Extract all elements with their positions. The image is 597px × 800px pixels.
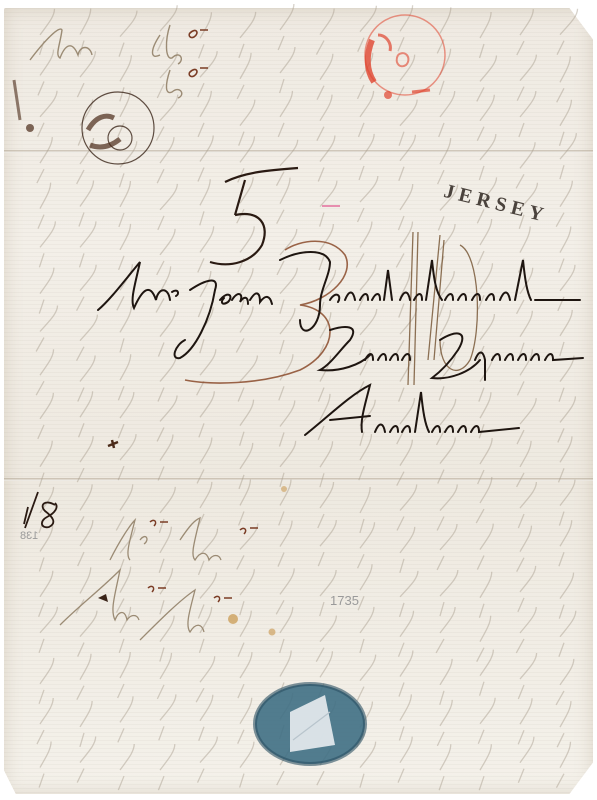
ink-blot: [98, 594, 108, 602]
rate-note-1-8: [24, 492, 57, 528]
red-datestamp: [365, 15, 445, 99]
show-through-writing: [36, 4, 577, 790]
docket-top-left: [30, 25, 182, 98]
docket-lower: [60, 518, 221, 640]
pencil-note-center: 1735: [330, 593, 359, 608]
address-script: [98, 252, 583, 435]
ink-overlay: [0, 0, 597, 800]
stain: [269, 629, 276, 636]
pencil-note-left: 138: [20, 530, 38, 542]
stain: [281, 486, 287, 492]
wax-seal: [255, 684, 365, 764]
stain: [228, 614, 238, 624]
ink-blot: [108, 440, 118, 448]
